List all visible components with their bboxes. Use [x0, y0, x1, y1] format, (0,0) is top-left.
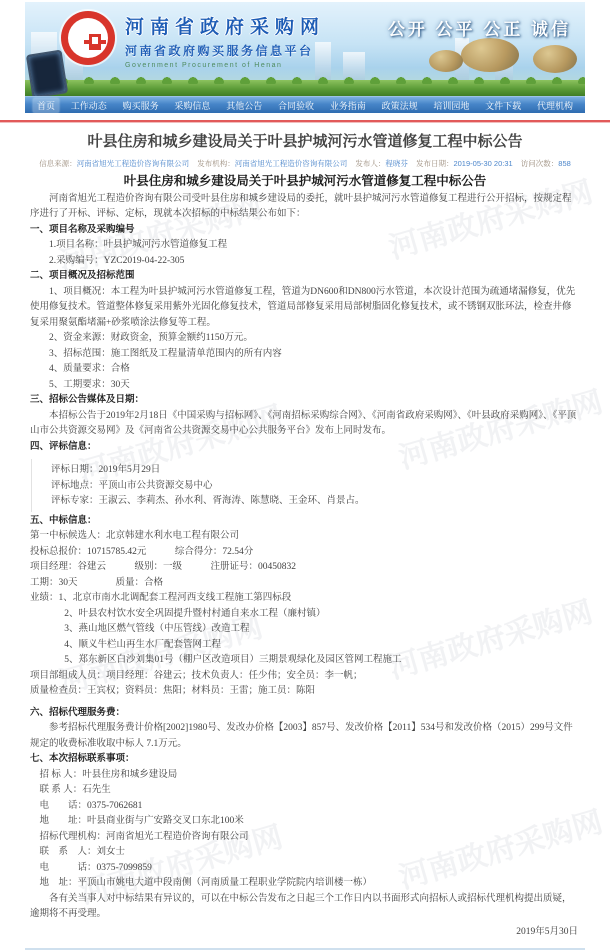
golden-dome-building [429, 50, 463, 72]
section-1-heading: 一、项目名称及采购编号 [30, 223, 580, 239]
golden-dome-building [533, 45, 577, 73]
contact-line: 招标代理机构：河南省旭光工程造价咨询有限公司 [30, 830, 580, 846]
achievement-line: 4、顺义牛栏山再生水厂配套管网工程 [30, 638, 580, 654]
section-2-item: 2、资金来源：财政资金，预算金额约1150万元。 [30, 331, 580, 347]
site-brand: 河南省政府采购网 河南省政府购买服务信息平台 Government Procur… [125, 12, 325, 69]
section-2-item: 4、质量要求：合格 [30, 362, 580, 378]
site-banner: 河南省政府采购网 河南省政府购买服务信息平台 Government Procur… [25, 2, 585, 96]
section-1-line: 1.项目名称：叶县护城河污水管道修复工程 [30, 238, 580, 254]
nav-item-other-notices[interactable]: 其他公告 [222, 98, 266, 113]
article-body: 叶县住房和城乡建设局关于叶县护城河污水管道修复工程中标公告 河南省旭光工程造价咨… [30, 174, 580, 940]
announcement-date: 2019年5月30日 [30, 925, 580, 941]
meta-publisher-value: 程晓芬 [385, 159, 408, 168]
nav-item-work-news[interactable]: 工作动态 [67, 98, 111, 113]
nav-item-purchase-service[interactable]: 购买服务 [119, 98, 163, 113]
intro-paragraph: 河南省旭光工程造价咨询有限公司受叶县住房和城乡建设局的委托，就叶县护城河污水管道… [30, 192, 580, 223]
project-manager-line: 项目经理：谷建云 级别：一级 注册证号：00450832 [30, 560, 580, 576]
section-2-item: 5、工期要求：30天 [30, 378, 580, 394]
evaluation-date: 评标日期：2019年5月29日 [32, 463, 580, 479]
achievement-line: 2、叶县农村饮水安全巩固提升暨村村通自来水工程（廉村镇） [30, 607, 580, 623]
evaluation-experts: 评标专家：王淑云、李莉杰、孙水利、胥海涛、陈慧晓、王金环、肖景占。 [32, 494, 580, 510]
meta-views-label: 访问次数： [521, 159, 559, 168]
section-5-heading: 五、中标信息： [30, 514, 580, 530]
section-7-heading: 七、本次招标联系事项： [30, 752, 580, 768]
evaluation-place: 评标地点：平顶山市公共资源交易中心 [32, 479, 580, 495]
project-team-line: 项目部组成人员：项目经理：谷建云；技术负责人：任少伟；安全员：李一帆； [30, 669, 580, 685]
nav-item-training[interactable]: 培训园地 [429, 98, 473, 113]
section-2-item: 3、招标范围：施工图纸及工程量清单范围内的所有内容 [30, 347, 580, 363]
closing-paragraph: 各有关当事人对中标结果有异议的，可以在中标公告发布之日起三个工作日内以书面形式向… [30, 892, 580, 923]
meta-source-label: 信息来源： [39, 159, 77, 168]
meta-source-value: 河南省旭光工程造价咨询有限公司 [77, 159, 190, 168]
site-logo [61, 11, 115, 65]
main-nav: 首页 工作动态 购买服务 采购信息 其他公告 合同验收 业务指南 政策法规 培训… [25, 96, 585, 113]
nav-item-policies[interactable]: 政策法规 [378, 98, 422, 113]
nav-item-home[interactable]: 首页 [33, 98, 59, 113]
banner-grass [25, 80, 585, 96]
section-3-paragraph: 本招标公告于2019年2月18日《中国采购与招标网》、《河南招标采购综合网》、《… [30, 409, 580, 440]
section-1-line: 2.采购编号：YZC2019-04-22-305 [30, 254, 580, 270]
contact-line: 联 系 人：石先生 [30, 783, 580, 799]
bottom-divider [25, 948, 585, 950]
content-title: 叶县住房和城乡建设局关于叶县护城河污水管道修复工程中标公告 [30, 174, 580, 190]
project-team-line: 质量检查员：王宾权；资料员：焦阳；材料员：王雷；施工员：陈阳 [30, 684, 580, 700]
section-3-heading: 三、招标公告媒体及日期： [30, 393, 580, 409]
article-meta: 信息来源：河南省旭光工程造价咨询有限公司 发布机构：河南省旭光工程造价咨询有限公… [0, 158, 610, 169]
site-subtitle-en: Government Procurement of Henan [125, 62, 325, 69]
bid-price-line: 投标总报价：10715785.42元 综合得分：72.54分 [30, 545, 580, 561]
evaluation-info-box: 评标日期：2019年5月29日 评标地点：平顶山市公共资源交易中心 评标专家：王… [31, 459, 580, 512]
contact-line: 电 话：0375-7099859 [30, 861, 580, 877]
meta-views-value: 858 [558, 159, 571, 168]
meta-org-label: 发布机构： [197, 159, 235, 168]
meta-org-value: 河南省旭光工程造价咨询有限公司 [235, 159, 348, 168]
golden-dome-building [461, 38, 519, 72]
meta-date-value: 2019-05-30 20:31 [453, 159, 512, 168]
section-4-heading: 四、评标信息： [30, 440, 580, 456]
contact-line: 电 话：0375-7062681 [30, 799, 580, 815]
nav-item-business-guide[interactable]: 业务指南 [326, 98, 370, 113]
page-title: 叶县住房和城乡建设局关于叶县护城河污水管道修复工程中标公告 [30, 130, 580, 151]
phone-graphic [26, 49, 68, 96]
site-logo-icon [68, 18, 108, 58]
meta-date-label: 发布日期： [416, 159, 454, 168]
contact-line: 地 址：平顶山市姚电大道中段南侧（河南质量工程职业学院院内培训楼一栋） [30, 876, 580, 892]
nav-item-downloads[interactable]: 文件下载 [481, 98, 525, 113]
contact-line: 地 址：叶县商业街与广安路交叉口东北100米 [30, 814, 580, 830]
site-subtitle: 河南省政府购买服务信息平台 [125, 42, 325, 59]
site-name: 河南省政府采购网 [125, 12, 325, 39]
winner-line: 第一中标候选人：北京韩建水利水电工程有限公司 [30, 529, 580, 545]
contact-line: 联 系 人：刘女士 [30, 845, 580, 861]
nav-item-procurement-info[interactable]: 采购信息 [170, 98, 214, 113]
site-slogan: 公开 公平 公正 诚信 [388, 15, 571, 40]
section-6-paragraph: 参考招标代理服务费计价格[2002]1980号、发改办价格【2003】857号、… [30, 721, 580, 752]
red-divider [0, 120, 610, 123]
nav-item-agencies[interactable]: 代理机构 [533, 98, 577, 113]
achievement-line: 3、燕山地区燃气管线（中压管线）改造工程 [30, 622, 580, 638]
achievement-line: 业绩：1、北京市南水北调配套工程河西支线工程施工第四标段 [30, 591, 580, 607]
section-2-heading: 二、项目概况及招标范围 [30, 269, 580, 285]
section-6-heading: 六、招标代理服务费： [30, 706, 580, 722]
meta-publisher-label: 发布人： [355, 159, 385, 168]
nav-item-contract-acceptance[interactable]: 合同验收 [274, 98, 318, 113]
page: 河南政府采购网 河南政府采购网 河南政府采购网 河南政府采购网 河南政府采购网 … [0, 0, 610, 951]
contact-line: 招 标 人：叶县住房和城乡建设局 [30, 768, 580, 784]
achievement-line: 5、郑东新区白沙刘集01号（棚户区改造项目）三期景观绿化及园区管网工程施工 [30, 653, 580, 669]
duration-quality-line: 工期：30天 质量：合格 [30, 576, 580, 592]
section-2-item: 1、项目概况：本工程为叶县护城河污水管道修复工程，管道为DN600和DN800污… [30, 285, 580, 332]
